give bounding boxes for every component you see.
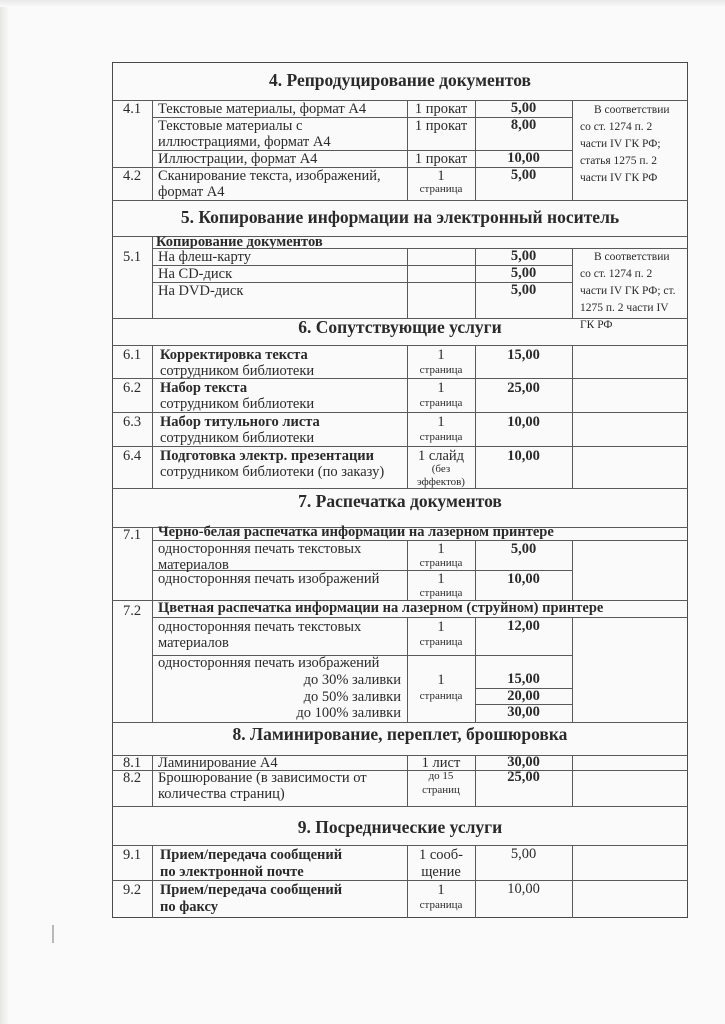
- column-divider: [572, 248, 573, 318]
- row-divider: [112, 412, 688, 413]
- item-price: 5,00: [475, 167, 572, 183]
- unit-text: страниц: [407, 784, 475, 797]
- legal-note: части IV ГК РФ; ст.: [580, 283, 676, 299]
- unit-text: 1 лист: [407, 755, 475, 771]
- item-price: 5,00: [475, 100, 572, 116]
- column-divider: [152, 845, 153, 918]
- item-price: 30,00: [475, 704, 572, 720]
- legal-note: В соответствии: [594, 249, 670, 265]
- group-number: 7.2: [112, 603, 152, 619]
- item-description: Текстовые материалы с: [158, 118, 302, 134]
- fill-tier-label: до 30% заливки: [152, 672, 401, 688]
- item-description: сотрудником библиотеки (по заказу): [160, 464, 384, 480]
- item-description: сотрудником библиотеки: [160, 363, 314, 379]
- item-price: 15,00: [475, 347, 572, 363]
- section-title: 5. Копирование информации на электронный…: [112, 207, 688, 227]
- fill-tier-label: до 50% заливки: [152, 689, 401, 705]
- section-title: 6. Сопутствующие услуги: [112, 317, 688, 337]
- item-description: сотрудником библиотеки: [160, 430, 314, 446]
- scan-edge-top: [0, 0, 725, 7]
- item-number: 6.4: [112, 448, 152, 464]
- item-number: 9.2: [112, 882, 152, 898]
- item-number: 4.1: [112, 101, 152, 117]
- item-price: 5,00: [475, 248, 572, 264]
- item-description: Сканирование текста, изображений,: [158, 168, 381, 184]
- unit-text: щение: [407, 864, 475, 880]
- item-title: Набор титульного листа: [160, 414, 320, 430]
- unit-text: (без: [407, 463, 475, 476]
- group-number: 7.1: [112, 527, 152, 543]
- item-number: 8.1: [112, 755, 152, 771]
- row-divider: [112, 446, 688, 447]
- item-description: На CD-диск: [158, 266, 232, 282]
- row-divider: [112, 880, 688, 881]
- unit-text: до 15: [407, 770, 475, 783]
- item-number: 6.1: [112, 347, 152, 363]
- column-divider: [572, 845, 573, 918]
- unit-text: 1: [407, 347, 475, 363]
- item-number: 5.1: [112, 249, 152, 265]
- column-divider: [572, 100, 573, 200]
- item-title: Прием/передача сообщений: [160, 882, 342, 898]
- item-number: 4.2: [112, 168, 152, 184]
- item-description: формат А4: [158, 184, 225, 200]
- column-divider: [572, 755, 573, 806]
- section-title: 9. Посреднические услуги: [112, 817, 688, 837]
- unit-text: 1 прокат: [407, 118, 475, 134]
- row-divider: [112, 806, 688, 807]
- item-description: количества страниц): [158, 786, 285, 802]
- item-number: 6.2: [112, 380, 152, 396]
- item-price: 10,00: [475, 571, 572, 587]
- item-description: односторонняя печать текстовых: [158, 619, 361, 635]
- column-divider: [152, 236, 153, 318]
- column-divider: [152, 527, 153, 600]
- section-title: 7. Распечатка документов: [112, 491, 688, 511]
- unit-text: страница: [407, 397, 475, 410]
- row-divider: [112, 722, 688, 723]
- unit-text: страница: [407, 587, 475, 600]
- scan-edge-left: [0, 0, 8, 1024]
- unit-text: страница: [407, 431, 475, 444]
- item-description: Иллюстрации, формат А4: [158, 151, 317, 167]
- unit-text: 1: [407, 414, 475, 430]
- group-header: Цветная распечатка информации на лазерно…: [158, 600, 603, 616]
- column-divider: [152, 755, 153, 806]
- unit-text: 1: [407, 571, 475, 587]
- unit-text: 1: [407, 672, 475, 688]
- unit-text: 1: [407, 541, 475, 557]
- item-price: 10,00: [475, 414, 572, 430]
- unit-text: страница: [407, 364, 475, 377]
- group-header: Черно-белая распечатка информации на лаз…: [158, 524, 554, 540]
- item-title: по факсу: [160, 899, 218, 915]
- item-description: односторонняя печать изображений: [158, 655, 379, 671]
- unit-text: страница: [407, 899, 475, 912]
- unit-text: 1: [407, 882, 475, 898]
- section-title: 4. Репродуцирование документов: [112, 70, 688, 90]
- item-description: материалов: [158, 635, 229, 651]
- item-price: 25,00: [475, 380, 572, 396]
- column-divider: [572, 617, 573, 722]
- row-divider: [112, 378, 688, 379]
- scan-mark: [52, 925, 54, 943]
- legal-note: со ст. 1274 п. 2: [580, 266, 652, 282]
- row-divider: [112, 845, 688, 846]
- item-description: иллюстрациями, формат А4: [158, 134, 331, 150]
- item-number: 9.1: [112, 847, 152, 863]
- row-divider: [112, 200, 688, 201]
- legal-note: В соответствии: [594, 102, 670, 118]
- unit-text: 1: [407, 168, 475, 184]
- unit-text: 1 прокат: [407, 151, 475, 167]
- item-description: На флеш-карту: [158, 249, 251, 265]
- unit-text: 1: [407, 619, 475, 635]
- item-number: 6.3: [112, 414, 152, 430]
- column-divider: [572, 540, 573, 600]
- legal-note: части IV ГК РФ;: [580, 136, 661, 152]
- item-price: 10,00: [475, 150, 572, 166]
- item-price: 8,00: [475, 117, 572, 133]
- item-title: Набор текста: [160, 380, 247, 396]
- unit-text: страница: [407, 636, 475, 649]
- item-price: 5,00: [475, 265, 572, 281]
- item-price: 10,00: [475, 448, 572, 464]
- item-description: односторонняя печать текстовых: [158, 541, 361, 557]
- unit-text: страница: [407, 183, 475, 196]
- item-description: Текстовые материалы, формат А4: [158, 101, 366, 117]
- row-divider: [112, 345, 688, 346]
- item-price: 15,00: [475, 671, 572, 687]
- column-divider: [572, 345, 573, 488]
- item-price: 5,00: [475, 282, 572, 298]
- item-description: сотрудником библиотеки: [160, 396, 314, 412]
- item-price: 10,00: [475, 881, 572, 897]
- item-description: Брошюрование (в зависимости от: [158, 770, 367, 786]
- unit-text: 1: [407, 380, 475, 396]
- legal-note: статья 1275 п. 2: [580, 153, 657, 169]
- item-description: односторонняя печать изображений: [158, 571, 379, 587]
- item-title: Корректировка текста: [160, 347, 308, 363]
- item-description: Ламинирование А4: [158, 755, 278, 771]
- item-price: 30,00: [475, 754, 572, 770]
- item-price: 5,00: [475, 846, 572, 862]
- section-title: 8. Ламинирование, переплет, брошюровка: [112, 724, 688, 744]
- item-title: Подготовка электр. презентации: [160, 448, 374, 464]
- row-divider: [112, 488, 688, 489]
- unit-text: 1 сооб-: [407, 847, 475, 863]
- item-description: На DVD-диск: [158, 283, 243, 299]
- unit-text: страница: [407, 557, 475, 570]
- item-title: по электронной почте: [160, 864, 304, 880]
- column-divider: [407, 248, 408, 318]
- legal-note: со ст. 1274 п. 2: [580, 119, 652, 135]
- item-number: 8.2: [112, 770, 152, 786]
- item-price: 5,00: [475, 541, 572, 557]
- unit-text: страница: [407, 690, 475, 703]
- item-title: Прием/передача сообщений: [160, 847, 342, 863]
- item-price: 20,00: [475, 688, 572, 704]
- row-divider: [152, 617, 688, 618]
- fill-tier-label: до 100% заливки: [152, 705, 401, 721]
- unit-text: 1 слайд: [407, 448, 475, 464]
- item-price: 12,00: [475, 618, 572, 634]
- item-price: 25,00: [475, 769, 572, 785]
- unit-text: 1 прокат: [407, 101, 475, 117]
- legal-note: части IV ГК РФ: [580, 170, 657, 186]
- column-divider: [152, 100, 153, 200]
- legal-note: 1275 п. 2 части IV: [580, 300, 669, 316]
- column-divider: [152, 345, 153, 488]
